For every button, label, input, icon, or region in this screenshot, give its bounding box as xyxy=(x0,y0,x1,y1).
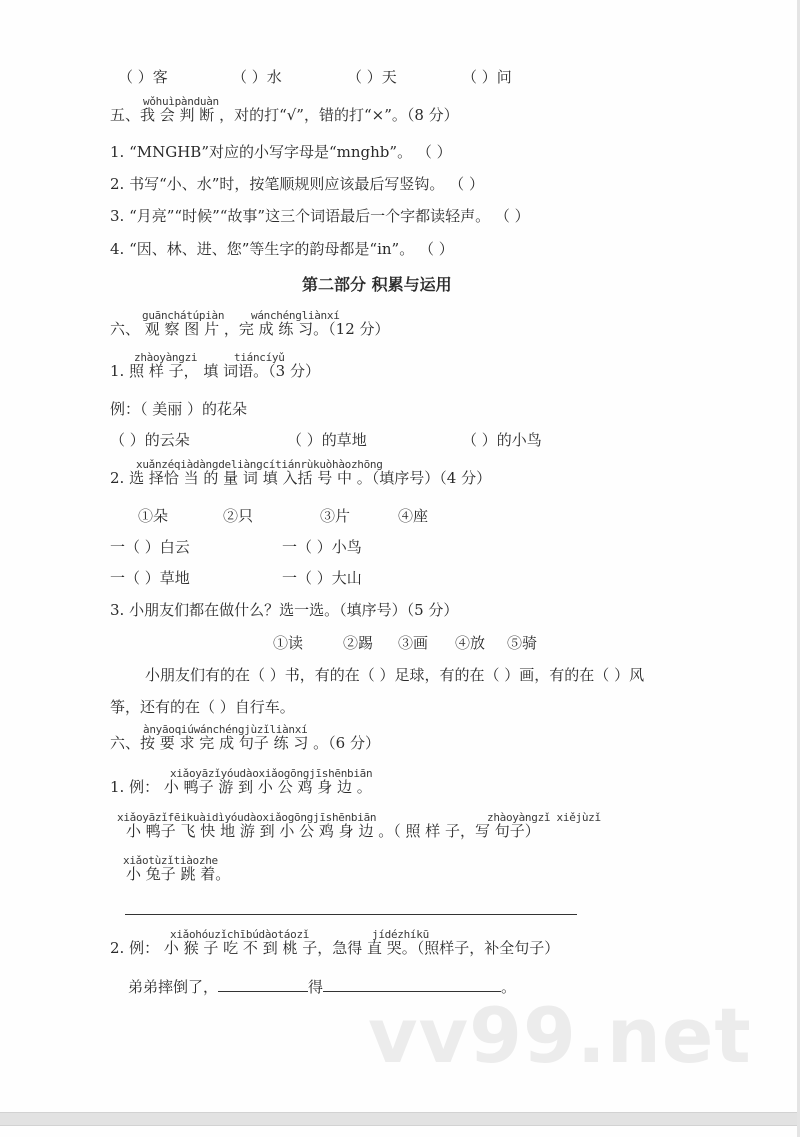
section6b-heading: 六、按 要 求 完 成 句子 练 习 。（6 分） xyxy=(110,734,380,752)
page-separator xyxy=(0,1112,800,1126)
fill-prefix: 弟弟摔倒了， xyxy=(128,978,218,996)
q2-heading: 2. 选 择恰 当 的 量 词 填 入括 号 中 。（填序号）（4 分） xyxy=(110,469,491,487)
q3-paragraph-line1: 小朋友们有的在（ ）书，有的在（ ）足球，有的在（ ）画，有的在（ ）风 xyxy=(145,666,644,684)
q3-paragraph-line2: 筝，还有的在（ ）自行车。 xyxy=(110,698,295,716)
judge-item-3: 3. “月亮”“时候”“故事”这三个词语最后一个字都读轻声。 （ ） xyxy=(110,207,530,225)
answer-line[interactable] xyxy=(125,914,577,915)
fill-middle: 得 xyxy=(308,978,323,996)
measure-blank: 一（ ）白云 xyxy=(110,538,190,556)
option: ④座 xyxy=(398,507,428,525)
q2-example-sentence: 2. 例： 小 猴 子 吃 不 到 桃 子，急得 直 哭。（照样子，补全句子） xyxy=(110,939,559,957)
blank-item: （ ）的小鸟 xyxy=(462,431,542,449)
section6a-heading: 六、 观 察 图 片 ，完 成 练 习。（12 分） xyxy=(110,320,390,338)
fill-item: （ ）天 xyxy=(347,68,397,86)
q1-sentence: 小 鸭子 飞 快 地 游 到 小 公 鸡 身 边 。（ 照 样 子，写 句子） xyxy=(126,822,540,840)
q1-example: 例：（ 美丽 ）的花朵 xyxy=(110,400,247,418)
fill-item: （ ）问 xyxy=(462,68,512,86)
blank-item: （ ）的云朵 xyxy=(110,431,190,449)
option: ②踢 xyxy=(343,634,373,652)
judge-item-4: 4. “因、林、进、您”等生字的韵母都是“in”。 （ ） xyxy=(110,240,454,258)
blank-item: （ ）的草地 xyxy=(287,431,367,449)
q1-heading: 1. 照 样 子， 填 词语。（3 分） xyxy=(110,362,320,380)
fill-item: （ ）客 xyxy=(118,68,168,86)
option: ③画 xyxy=(398,634,428,652)
option: ②只 xyxy=(223,507,253,525)
measure-blank: 一（ ）草地 xyxy=(110,569,190,587)
fill-item: （ ）水 xyxy=(232,68,282,86)
measure-blank: 一（ ）大山 xyxy=(282,569,362,587)
option: ①朵 xyxy=(138,507,168,525)
fill-blank-1[interactable] xyxy=(218,976,308,992)
option: ③片 xyxy=(320,507,350,525)
q1-task-sentence: 小 兔子 跳 着。 xyxy=(126,865,230,883)
option: ④放 xyxy=(455,634,485,652)
judge-item-2: 2. 书写“小、水”时，按笔顺规则应该最后写竖钩。 （ ） xyxy=(110,175,484,193)
watermark: vv99.net xyxy=(368,998,752,1074)
section5-heading: 五、我 会 判 断 ，对的打“√”，错的打“×”。（8 分） xyxy=(110,106,459,124)
option: ⑤骑 xyxy=(507,634,537,652)
fill-blank-2[interactable] xyxy=(323,976,501,992)
option: ①读 xyxy=(273,634,303,652)
part2-title: 第二部分 积累与运用 xyxy=(302,276,452,294)
q3-heading: 3. 小朋友们都在做什么？选一选。（填序号）（5 分） xyxy=(110,601,458,619)
judge-item-1: 1. “MNGHB”对应的小写字母是“mnghb”。 （ ） xyxy=(110,143,452,161)
q1-example-sentence: 1. 例： 小 鸭子 游 到 小 公 鸡 身 边 。 xyxy=(110,778,372,796)
measure-blank: 一（ ）小鸟 xyxy=(282,538,362,556)
